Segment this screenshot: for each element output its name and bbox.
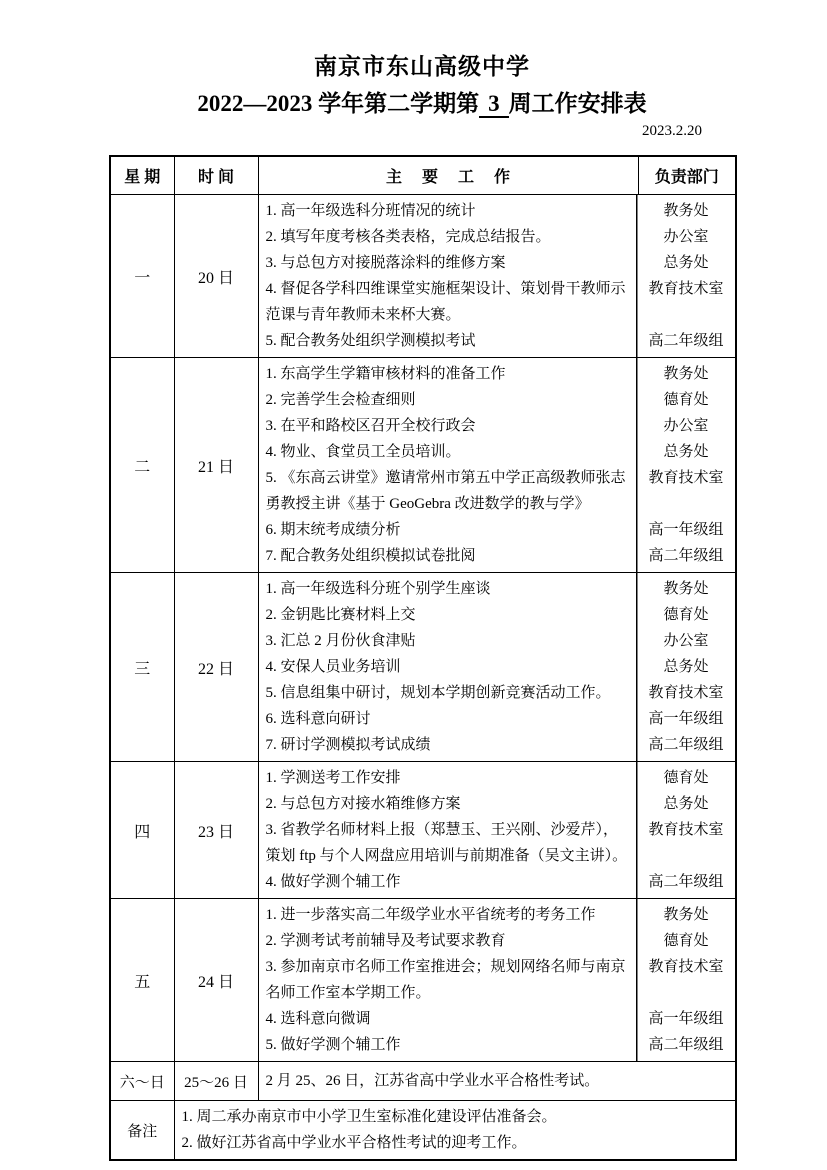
page-title: 南京市东山高级中学 <box>109 52 735 82</box>
table-row-weekend: 六～日 25～26 日 2 月 25、26 日，江苏省高中学业水平合格性考试。 <box>110 1062 736 1101</box>
task-dept: 高一年级组 <box>637 706 735 732</box>
header-dept: 负责部门 <box>638 156 736 195</box>
task-dept: 总务处 <box>637 439 735 465</box>
time-cell: 23 日 <box>174 762 258 899</box>
subtitle-suffix: 周工作安排表 <box>509 91 647 116</box>
task-text: 2. 与总包方对接水箱维修方案 <box>259 791 638 817</box>
table-row-remarks: 备注 1. 周二承办南京市中小学卫生室标准化建设评估准备会。 2. 做好江苏省高… <box>110 1101 736 1161</box>
task-text: 6. 选科意向研讨 <box>259 706 638 732</box>
task-dept: 教育技术室 <box>637 817 735 843</box>
task-row: 1. 高一年级选科分班情况的统计 教务处 <box>259 198 736 224</box>
task-dept: 德育处 <box>637 765 735 791</box>
table-row-wednesday: 三 22 日 1. 高一年级选科分班个别学生座谈 教务处 2. 金钥匙比赛材料上… <box>110 573 736 762</box>
task-row: 7. 配合教务处组织模拟试卷批阅 高二年级组 <box>259 543 736 569</box>
task-row: 4. 安保人员业务培训 总务处 <box>259 654 736 680</box>
task-row: 6. 选科意向研讨 高一年级组 <box>259 706 736 732</box>
task-dept: 办公室 <box>637 413 735 439</box>
task-text: 4. 督促各学科四维课堂实施框架设计、策划骨干教师示范课与青年教师未来杯大赛。 <box>259 276 638 328</box>
task-text: 3. 参加南京市名师工作室推进会；规划网络名师与南京名师工作室本学期工作。 <box>259 954 638 1006</box>
task-text: 5. 配合教务处组织学测模拟考试 <box>259 328 638 354</box>
task-row: 4. 督促各学科四维课堂实施框架设计、策划骨干教师示范课与青年教师未来杯大赛。 … <box>259 276 736 328</box>
day-cell: 六～日 <box>110 1062 174 1101</box>
document-page: 南京市东山高级中学 2022—2023 学年第二学期第3周工作安排表 2023.… <box>109 0 735 1161</box>
task-row: 6. 期末统考成绩分析 高一年级组 <box>259 517 736 543</box>
task-dept: 德育处 <box>637 928 735 954</box>
work-cell: 1. 高一年级选科分班情况的统计 教务处 2. 填写年度考核各类表格，完成总结报… <box>258 195 736 358</box>
task-row: 5. 做好学测个辅工作 高二年级组 <box>259 1032 736 1058</box>
task-dept: 总务处 <box>637 654 735 680</box>
task-row: 4. 选科意向微调 高一年级组 <box>259 1006 736 1032</box>
task-row: 3. 汇总 2 月份伙食津贴 办公室 <box>259 628 736 654</box>
task-row: 5. 配合教务处组织学测模拟考试 高二年级组 <box>259 328 736 354</box>
task-row: 1. 学测送考工作安排 德育处 <box>259 765 736 791</box>
task-text: 5. 做好学测个辅工作 <box>259 1032 638 1058</box>
time-cell: 22 日 <box>174 573 258 762</box>
task-text: 2. 填写年度考核各类表格，完成总结报告。 <box>259 224 638 250</box>
task-dept: 教务处 <box>637 576 735 602</box>
time-cell: 24 日 <box>174 899 258 1062</box>
task-dept: 德育处 <box>637 387 735 413</box>
task-text: 1. 学测送考工作安排 <box>259 765 638 791</box>
work-cell: 1. 进一步落实高二年级学业水平省统考的考务工作 教务处 2. 学测考试考前辅导… <box>258 899 736 1062</box>
task-dept: 高二年级组 <box>637 732 735 758</box>
page-subtitle: 2022—2023 学年第二学期第3周工作安排表 <box>109 89 735 119</box>
task-text: 3. 汇总 2 月份伙食津贴 <box>259 628 638 654</box>
task-text: 5. 《东高云讲堂》邀请常州市第五中学正高级教师张志勇教授主讲《基于 GeoGe… <box>259 465 638 517</box>
task-row: 1. 高一年级选科分班个别学生座谈 教务处 <box>259 576 736 602</box>
task-dept: 高一年级组 <box>637 1006 735 1032</box>
task-row: 1. 进一步落实高二年级学业水平省统考的考务工作 教务处 <box>259 902 736 928</box>
task-dept: 高二年级组 <box>637 328 735 354</box>
day-cell: 五 <box>110 899 174 1062</box>
task-dept: 教育技术室 <box>637 954 735 980</box>
date-stamp: 2023.2.20 <box>109 122 735 140</box>
task-text: 1. 高一年级选科分班情况的统计 <box>259 198 638 224</box>
task-text: 2. 学测考试考前辅导及考试要求教育 <box>259 928 638 954</box>
task-dept: 办公室 <box>637 224 735 250</box>
task-row: 3. 与总包方对接脱落涂料的维修方案 总务处 <box>259 250 736 276</box>
task-row: 3. 在平和路校区召开全校行政会 办公室 <box>259 413 736 439</box>
task-row: 7. 研讨学测模拟考试成绩 高二年级组 <box>259 732 736 758</box>
task-text: 3. 与总包方对接脱落涂料的维修方案 <box>259 250 638 276</box>
task-dept: 教务处 <box>637 198 735 224</box>
remarks-label: 备注 <box>110 1101 174 1161</box>
note-line: 2. 做好江苏省高中学业水平合格性考试的迎考工作。 <box>182 1130 728 1156</box>
table-row-thursday: 四 23 日 1. 学测送考工作安排 德育处 2. 与总包方对接水箱维修方案 总… <box>110 762 736 899</box>
header-row: 星 期 时 间 主 要 工 作 负责部门 <box>110 156 736 195</box>
header-day: 星 期 <box>110 156 174 195</box>
task-dept: 教育技术室 <box>637 276 735 302</box>
time-cell: 20 日 <box>174 195 258 358</box>
task-row: 1. 东高学生学籍审核材料的准备工作 教务处 <box>259 361 736 387</box>
time-cell: 25～26 日 <box>174 1062 258 1101</box>
task-dept: 教务处 <box>637 902 735 928</box>
table-row-friday: 五 24 日 1. 进一步落实高二年级学业水平省统考的考务工作 教务处 2. 学… <box>110 899 736 1062</box>
table-row-monday: 一 20 日 1. 高一年级选科分班情况的统计 教务处 2. 填写年度考核各类表… <box>110 195 736 358</box>
task-dept: 总务处 <box>637 791 735 817</box>
work-cell: 1. 高一年级选科分班个别学生座谈 教务处 2. 金钥匙比赛材料上交 德育处 3… <box>258 573 736 762</box>
task-text: 4. 选科意向微调 <box>259 1006 638 1032</box>
task-text: 1. 高一年级选科分班个别学生座谈 <box>259 576 638 602</box>
task-row: 2. 完善学生会检查细则 德育处 <box>259 387 736 413</box>
task-dept: 德育处 <box>637 602 735 628</box>
task-text: 4. 安保人员业务培训 <box>259 654 638 680</box>
task-text: 3. 在平和路校区召开全校行政会 <box>259 413 638 439</box>
week-number: 3 <box>479 91 509 118</box>
task-dept: 教育技术室 <box>637 680 735 706</box>
task-dept: 高二年级组 <box>637 1032 735 1058</box>
task-row: 3. 参加南京市名师工作室推进会；规划网络名师与南京名师工作室本学期工作。 教育… <box>259 954 736 1006</box>
time-cell: 21 日 <box>174 358 258 573</box>
day-cell: 四 <box>110 762 174 899</box>
day-cell: 三 <box>110 573 174 762</box>
task-dept: 总务处 <box>637 250 735 276</box>
task-row: 4. 物业、食堂员工全员培训。 总务处 <box>259 439 736 465</box>
task-text: 3. 省教学名师材料上报（郑慧玉、王兴刚、沙爱芹），策划 ftp 与个人网盘应用… <box>259 817 638 869</box>
task-row: 2. 与总包方对接水箱维修方案 总务处 <box>259 791 736 817</box>
task-text: 4. 物业、食堂员工全员培训。 <box>259 439 638 465</box>
note-line: 1. 周二承办南京市中小学卫生室标准化建设评估准备会。 <box>182 1104 728 1130</box>
task-row: 4. 做好学测个辅工作 高二年级组 <box>259 869 736 895</box>
day-cell: 二 <box>110 358 174 573</box>
header-time: 时 间 <box>174 156 258 195</box>
task-text: 5. 信息组集中研讨，规划本学期创新竞赛活动工作。 <box>259 680 638 706</box>
task-dept: 教育技术室 <box>637 465 735 491</box>
subtitle-prefix: 2022—2023 学年第二学期第 <box>197 91 479 116</box>
task-text: 7. 配合教务处组织模拟试卷批阅 <box>259 543 638 569</box>
task-text: 1. 进一步落实高二年级学业水平省统考的考务工作 <box>259 902 638 928</box>
task-row: 5. 信息组集中研讨，规划本学期创新竞赛活动工作。 教育技术室 <box>259 680 736 706</box>
task-text: 6. 期末统考成绩分析 <box>259 517 638 543</box>
task-text: 1. 东高学生学籍审核材料的准备工作 <box>259 361 638 387</box>
work-cell: 1. 东高学生学籍审核材料的准备工作 教务处 2. 完善学生会检查细则 德育处 … <box>258 358 736 573</box>
schedule-table: 星 期 时 间 主 要 工 作 负责部门 一 20 日 1. 高一年级选科分班情… <box>109 155 737 1161</box>
task-text: 4. 做好学测个辅工作 <box>259 869 638 895</box>
day-cell: 一 <box>110 195 174 358</box>
task-text: 2. 完善学生会检查细则 <box>259 387 638 413</box>
task-row: 2. 填写年度考核各类表格，完成总结报告。 办公室 <box>259 224 736 250</box>
weekend-text: 2 月 25、26 日，江苏省高中学业水平合格性考试。 <box>258 1062 736 1101</box>
task-row: 2. 学测考试考前辅导及考试要求教育 德育处 <box>259 928 736 954</box>
task-dept: 高一年级组 <box>637 517 735 543</box>
task-dept: 办公室 <box>637 628 735 654</box>
task-text: 7. 研讨学测模拟考试成绩 <box>259 732 638 758</box>
header-work: 主 要 工 作 <box>258 156 638 195</box>
task-text: 2. 金钥匙比赛材料上交 <box>259 602 638 628</box>
task-dept: 高二年级组 <box>637 543 735 569</box>
work-cell: 1. 学测送考工作安排 德育处 2. 与总包方对接水箱维修方案 总务处 3. 省… <box>258 762 736 899</box>
task-row: 5. 《东高云讲堂》邀请常州市第五中学正高级教师张志勇教授主讲《基于 GeoGe… <box>259 465 736 517</box>
remarks-cell: 1. 周二承办南京市中小学卫生室标准化建设评估准备会。 2. 做好江苏省高中学业… <box>174 1101 736 1161</box>
task-dept: 高二年级组 <box>637 869 735 895</box>
table-row-tuesday: 二 21 日 1. 东高学生学籍审核材料的准备工作 教务处 2. 完善学生会检查… <box>110 358 736 573</box>
task-row: 2. 金钥匙比赛材料上交 德育处 <box>259 602 736 628</box>
task-row: 3. 省教学名师材料上报（郑慧玉、王兴刚、沙爱芹），策划 ftp 与个人网盘应用… <box>259 817 736 869</box>
task-dept: 教务处 <box>637 361 735 387</box>
